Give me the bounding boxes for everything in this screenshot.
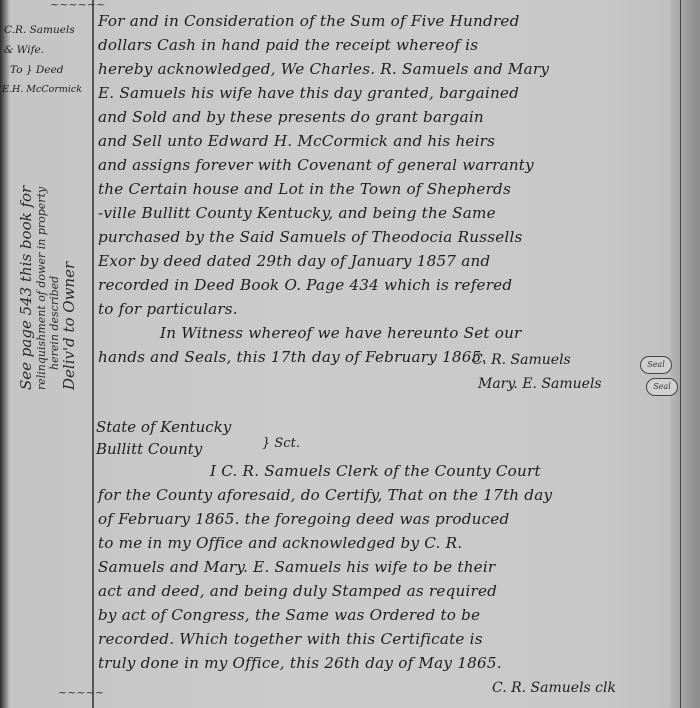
deed-line: to for particulars. xyxy=(98,300,238,318)
certificate-line: recorded. Which together with this Certi… xyxy=(98,630,483,648)
deed-line: purchased by the Said Samuels of Theodoc… xyxy=(98,228,523,246)
vertical-note-line: Deliv'd to Owner xyxy=(61,186,78,390)
seal-icon: Seal xyxy=(646,378,678,396)
certificate-line: act and deed, and being duly Stamped as … xyxy=(98,582,497,600)
deed-line: the Certain house and Lot in the Town of… xyxy=(98,180,511,198)
certificate-state: State of Kentucky xyxy=(96,418,231,436)
page-edge-shadow xyxy=(670,0,700,708)
certificate-line: by act of Congress, the Same was Ordered… xyxy=(98,606,480,624)
deed-line: and Sold and by these presents do grant … xyxy=(98,108,484,126)
deed-record-page: ~~~~~~ C.R. Samuels & Wife. To } Deed E.… xyxy=(0,0,700,708)
deed-line: E. Samuels his wife have this day grante… xyxy=(98,84,519,102)
bottom-flourish: ~~~~~ xyxy=(58,686,104,699)
deed-line: hereby acknowledged, We Charles. R. Samu… xyxy=(98,60,549,78)
deed-line: -ville Bullitt County Kentucky, and bein… xyxy=(98,204,496,222)
deed-line: recorded in Deed Book O. Page 434 which … xyxy=(98,276,512,294)
margin-note-deed: To } Deed xyxy=(10,60,63,80)
deed-line: In Witness whereof we have hereunto Set … xyxy=(160,324,522,342)
deed-line: hands and Seals, this 17th day of Februa… xyxy=(98,348,487,366)
certificate-line: for the County aforesaid, do Certify, Th… xyxy=(98,486,552,504)
top-flourish: ~~~~~~ xyxy=(50,0,105,11)
certificate-line: of February 1865. the foregoing deed was… xyxy=(98,510,509,528)
clerk-signature: C. R. Samuels clk xyxy=(492,680,616,696)
right-rule xyxy=(680,0,681,708)
certificate-line: to me in my Office and acknowledged by C… xyxy=(98,534,462,552)
certificate-county: Bullitt County xyxy=(96,440,202,458)
signature-wife: Mary. E. Samuels xyxy=(478,376,602,392)
margin-note-grantee: E.H. McCormick xyxy=(2,80,82,100)
margin-note-wife: & Wife. xyxy=(4,40,44,60)
margin-rule xyxy=(92,0,94,708)
vertical-note-line: See page 543 this book for xyxy=(18,186,35,390)
deed-line: and Sell unto Edward H. McCormick and hi… xyxy=(98,132,495,150)
margin-note-grantor: C.R. Samuels xyxy=(4,20,75,40)
vertical-margin-note: See page 543 this book for relinquishmen… xyxy=(18,186,78,390)
seal-icon: Seal xyxy=(640,356,672,374)
certificate-line: Samuels and Mary. E. Samuels his wife to… xyxy=(98,558,495,576)
signature-grantor: C. R. Samuels xyxy=(472,352,571,368)
deed-line: For and in Consideration of the Sum of F… xyxy=(98,12,520,30)
certificate-line: I C. R. Samuels Clerk of the County Cour… xyxy=(210,462,541,480)
certificate-line: truly done in my Office, this 26th day o… xyxy=(98,654,502,672)
certificate-sct: } Sct. xyxy=(262,436,300,451)
vertical-note-line: relinquishment of dower in property xyxy=(35,186,48,390)
deed-line: Exor by deed dated 29th day of January 1… xyxy=(98,252,490,270)
deed-line: and assigns forever with Covenant of gen… xyxy=(98,156,534,174)
deed-line: dollars Cash in hand paid the receipt wh… xyxy=(98,36,478,54)
